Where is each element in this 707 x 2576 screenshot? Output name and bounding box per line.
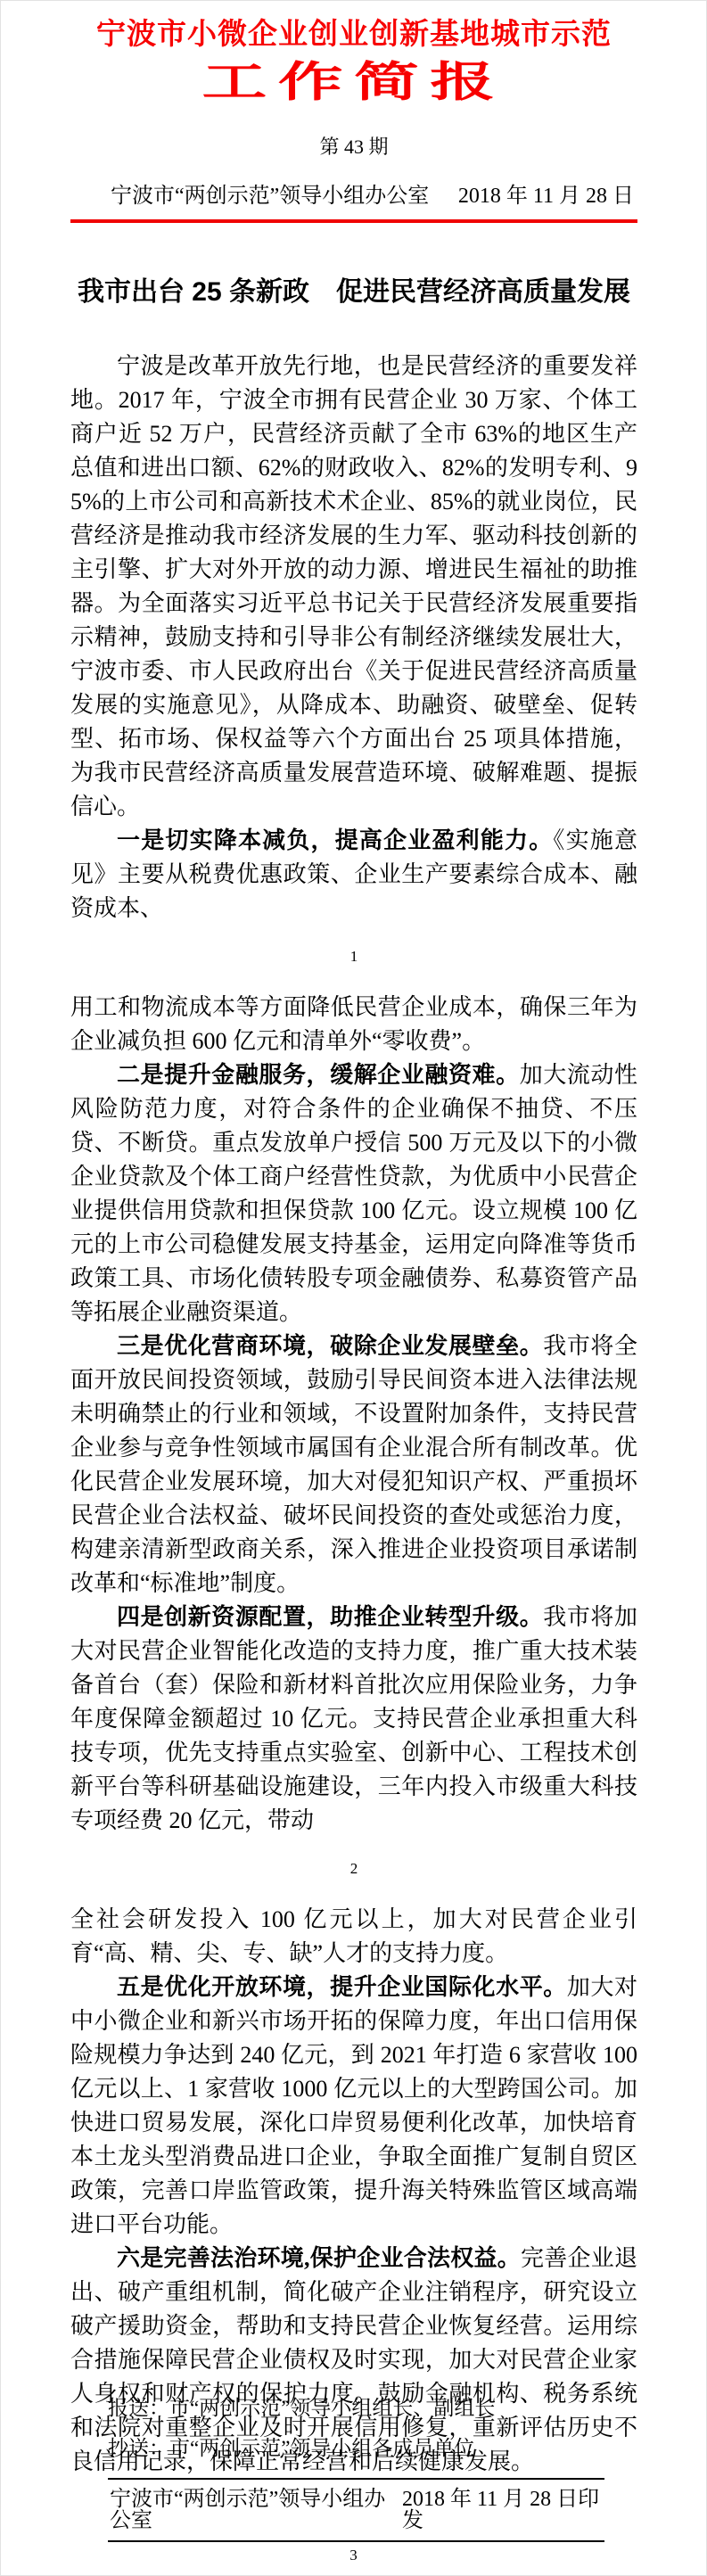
paragraph-text: 加大流动性风险防范力度，对符合条件的企业确保不抽贷、不压贷、不断贷。重点发放单户…: [70, 1062, 637, 1325]
paragraph-lead: 四是创新资源配置，助推企业转型升级。: [117, 1604, 543, 1630]
paragraph-lead: 六是完善法治环境,保护企业合法权益。: [117, 2245, 521, 2271]
paragraph-lead: 五是优化开放环境，提升企业国际化水平。: [117, 1974, 567, 2000]
print-office: 宁波市“两创示范”领导小组办公室: [110, 2489, 402, 2531]
paragraph-point-4-continuation: 全社会研发投入 100 亿元以上，加大对民营企业引育“高、精、尖、专、缺”人才的…: [70, 1903, 637, 1971]
page-number-2: 2: [70, 1861, 637, 1876]
footer-divider-bottom: [108, 2540, 604, 2542]
page-number-1: 1: [70, 949, 637, 964]
paragraph-text: 我市将加大对民营企业智能化改造的支持力度，推广重大技术装备首台（套）保险和新材料…: [70, 1604, 637, 1833]
paragraph-point-1: 一是切实降本减负，提高企业盈利能力。《实施意见》主要从税费优惠政策、企业生产要素…: [70, 824, 637, 926]
print-date: 2018 年 11 月 28 日印发: [402, 2489, 603, 2531]
paragraph-intro: 宁波是改革开放先行地，也是民营经济的重要发祥地。2017 年，宁波全市拥有民营企…: [70, 350, 637, 824]
paragraph-text: 宁波是改革开放先行地，也是民营经济的重要发祥地。2017 年，宁波全市拥有民营企…: [70, 353, 637, 819]
paragraph-point-3: 三是优化营商环境，破除企业发展壁垒。我市将全面开放民间投资领域，鼓励引导民间资本…: [70, 1329, 637, 1601]
bulletin-name: 工作简报: [202, 55, 506, 109]
paragraph-text: 加大对中小微企业和新兴市场开拓的保障力度，年出口信用保险规模力争达到 240 亿…: [70, 1974, 637, 2237]
masthead-title: 宁波市小微企业创业创新基地城市示范: [70, 15, 637, 52]
paragraph-lead: 二是提升金融服务，缓解企业融资难。: [117, 1062, 520, 1088]
page-number-3: 3: [1, 2547, 706, 2563]
publish-date: 2018 年 11 月 28 日: [458, 185, 634, 207]
issue-number: 第 43 期: [70, 137, 637, 157]
paragraph-point-1-continuation: 用工和物流成本等方面降低民营企业成本，确保三年为企业减负担 600 亿元和清单外…: [70, 991, 637, 1058]
copy-to-line: 抄送：市“两创示范”领导小组各成员单位: [108, 2438, 604, 2458]
paragraph-text: 全社会研发投入 100 亿元以上，加大对民营企业引育“高、精、尖、专、缺”人才的…: [70, 1906, 637, 1966]
publication-row: 宁波市“两创示范”领导小组办公室 2018 年 11 月 28 日: [70, 185, 637, 207]
paragraph-text: 用工和物流成本等方面降低民营企业成本，确保三年为企业减负担 600 亿元和清单外…: [70, 994, 637, 1054]
article-body: 宁波是改革开放先行地，也是民营经济的重要发祥地。2017 年，宁波全市拥有民营企…: [70, 350, 637, 2479]
print-row: 宁波市“两创示范”领导小组办公室 2018 年 11 月 28 日印发: [108, 2480, 604, 2540]
bulletin-page: 宁波市小微企业创业创新基地城市示范 工作简报 第 43 期 宁波市“两创示范”领…: [0, 0, 707, 2576]
distribution-footer: 报送：市“两创示范”领导小组组长、副组长 抄送：市“两创示范”领导小组各成员单位…: [108, 2398, 604, 2542]
issuing-office: 宁波市“两创示范”领导小组办公室: [111, 185, 429, 207]
paragraph-lead: 一是切实降本减负，提高企业盈利能力。: [117, 827, 553, 853]
paragraph-point-5: 五是优化开放环境，提升企业国际化水平。加大对中小微企业和新兴市场开拓的保障力度，…: [70, 1971, 637, 2242]
paragraph-point-4: 四是创新资源配置，助推企业转型升级。我市将加大对民营企业智能化改造的支持力度，推…: [70, 1601, 637, 1838]
paragraph-text: 我市将全面开放民间投资领域，鼓励引导民间资本进入法律法规未明确禁止的行业和领域，…: [70, 1333, 637, 1596]
paragraph-point-2: 二是提升金融服务，缓解企业融资难。加大流动性风险防范力度，对符合条件的企业确保不…: [70, 1058, 637, 1329]
article-title: 我市出台 25 条新政 促进民营经济高质量发展: [70, 276, 637, 309]
paragraph-lead: 三是优化营商环境，破除企业发展壁垒。: [117, 1333, 543, 1359]
masthead-subtitle-row: 工作简报: [70, 55, 637, 111]
report-to-line: 报送：市“两创示范”领导小组组长、副组长: [108, 2398, 604, 2418]
red-divider: [70, 219, 637, 223]
